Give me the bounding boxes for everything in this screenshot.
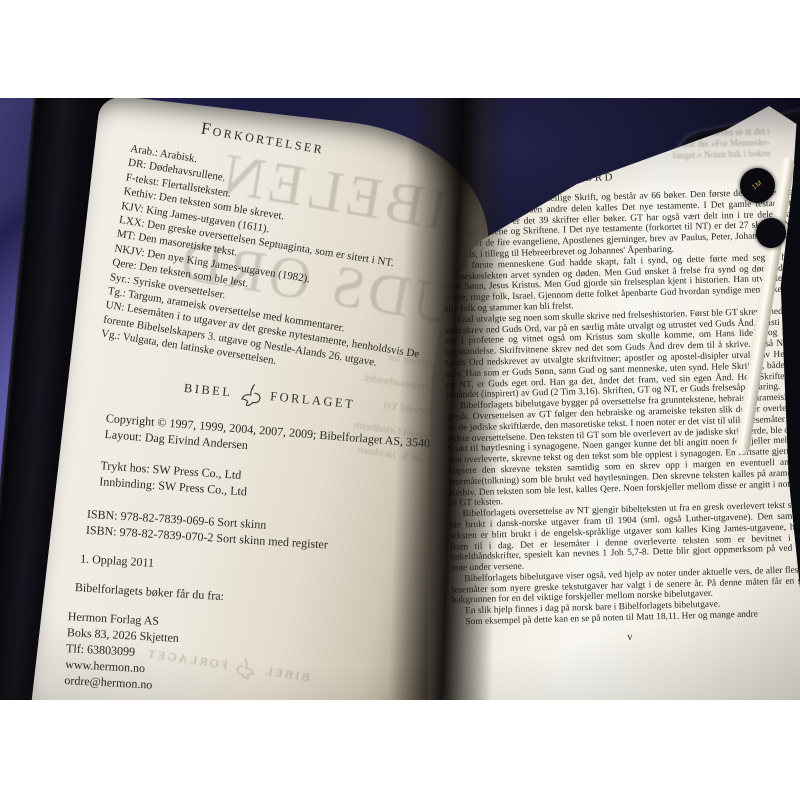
publisher-logo-text-right: FORLAGET: [270, 388, 356, 411]
thumb-index-tab: 1M: [740, 168, 775, 203]
distributor-address: Hermon Forlag AS Boks 83, 2026 Skjetten …: [64, 608, 442, 700]
thumb-index-tab-label: 1M: [751, 180, 764, 192]
dove-icon: [237, 381, 265, 407]
page-number: v: [453, 626, 800, 647]
photo-area: BIBELEN GUDS ORD Redaksjonen for overset…: [0, 98, 800, 700]
photo-of-open-bible: BIBELEN GUDS ORD Redaksjonen for overset…: [0, 0, 800, 800]
foreword-paragraph: Bibelforlagets oversettelse av NT gjengi…: [449, 500, 800, 574]
book-gutter-shadow: [387, 98, 513, 700]
thumb-index-tab: [756, 218, 786, 248]
publisher-logo-text-left: BIBEL: [183, 380, 233, 400]
